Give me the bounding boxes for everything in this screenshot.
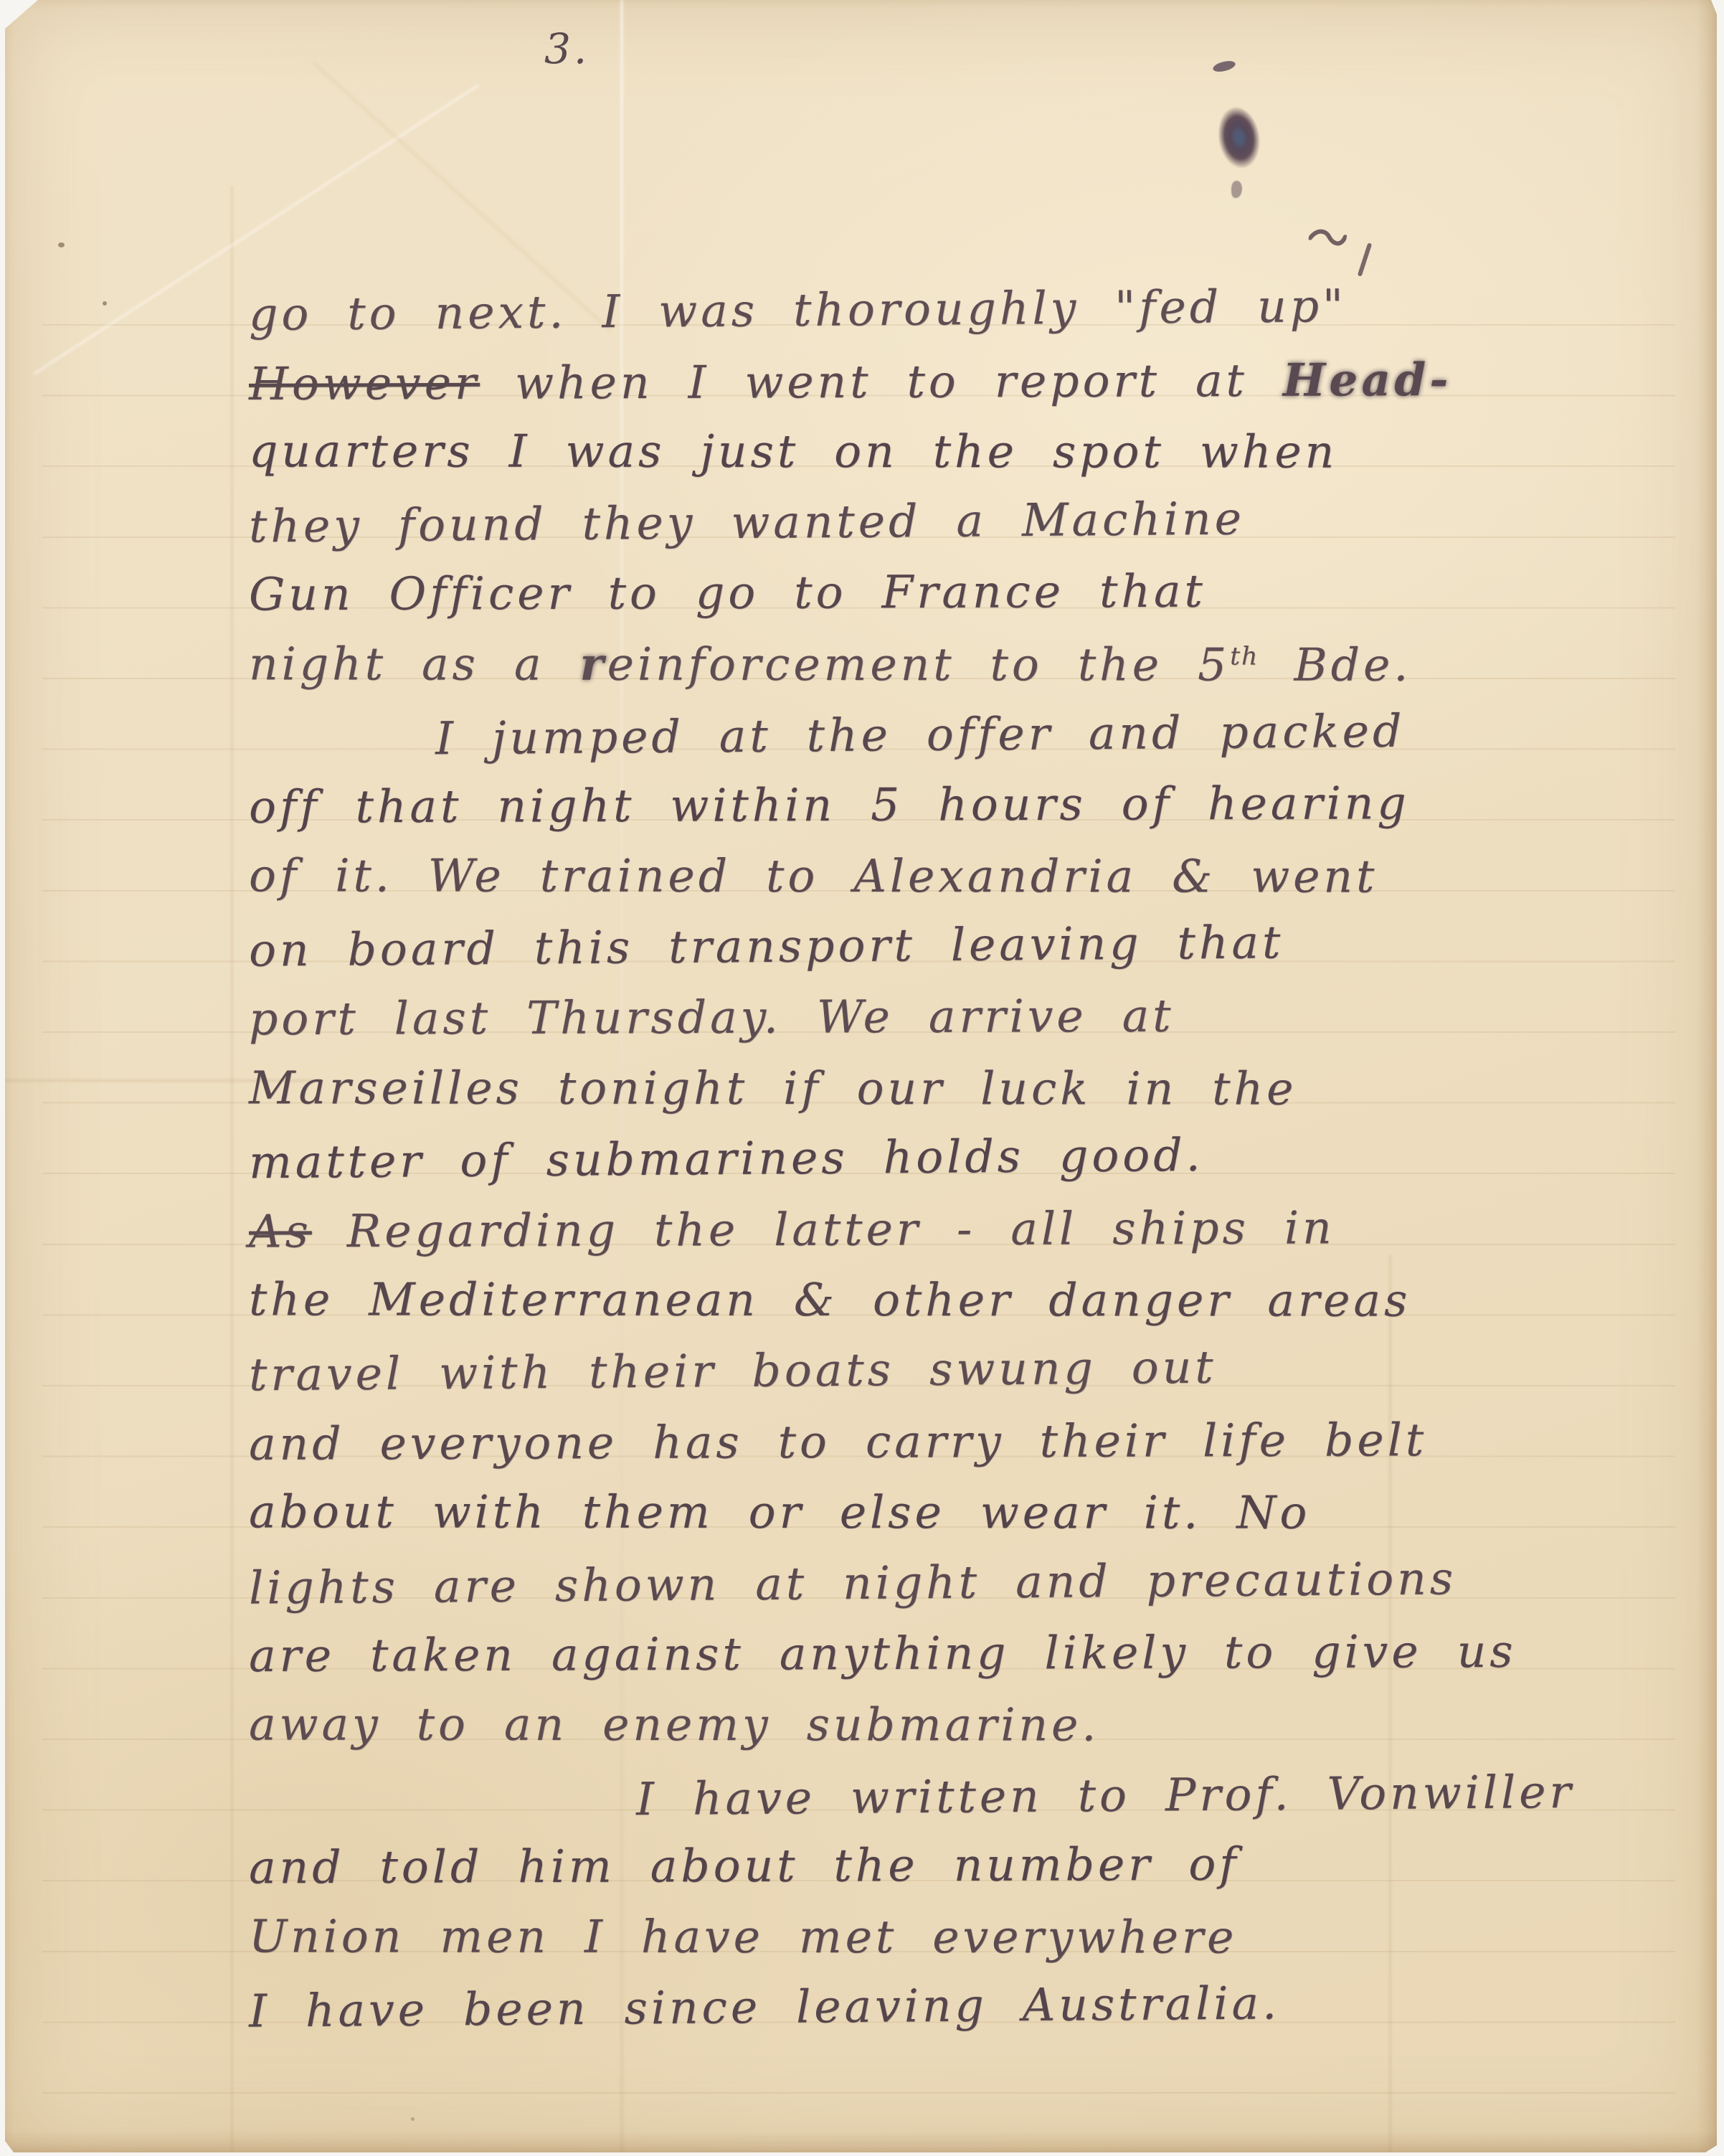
handwritten-line: matter of submarines holds good. <box>249 1129 1204 1188</box>
handwritten-line: quarters I was just on the spot when <box>249 425 1337 478</box>
text-segment: I have written to Prof. Vonwiller <box>636 1765 1575 1825</box>
handwritten-line: travel with their boats swung out <box>249 1341 1217 1401</box>
scanned-letter-page: 3. go to next. I was thoroughly "fed up"… <box>0 0 1724 2156</box>
paper-speck <box>103 301 107 306</box>
handwritten-line: I jumped at the offer and packed <box>435 704 1406 765</box>
text-segment: on board this transport leaving that <box>249 917 1284 977</box>
text-segment: quarters I was just on the spot when <box>249 425 1337 478</box>
handwritten-line: I have written to Prof. Vonwiller <box>636 1765 1575 1825</box>
handwritten-line: Gun Officer to go to France that <box>249 565 1206 621</box>
text-segment: they found they wanted a Machine <box>249 492 1245 552</box>
text-segment: matter of submarines holds good. <box>249 1129 1204 1188</box>
handwritten-line: go to next. I was thoroughly "fed up" <box>249 280 1348 341</box>
text-segment: th <box>1230 642 1259 671</box>
text-segment: the Mediterranean & other danger areas <box>249 1274 1411 1327</box>
text-segment: and told him about the number of <box>249 1838 1240 1894</box>
text-segment: about with them or else wear it. No <box>249 1486 1310 1539</box>
text-segment: port last Thursday. We arrive at <box>249 990 1175 1046</box>
handwritten-line: are taken against anything likely to giv… <box>249 1625 1517 1682</box>
handwritten-line: away to an enemy submarine. <box>249 1698 1099 1751</box>
text-segment: Marseilles tonight if our luck in the <box>249 1062 1297 1115</box>
text-segment: night as a <box>249 638 580 690</box>
handwritten-line: they found they wanted a Machine <box>249 492 1245 552</box>
struck-text: However <box>249 356 480 410</box>
text-segment: Bde. <box>1259 639 1411 691</box>
handwritten-line: of it. We trained to Alexandria & went <box>249 849 1378 902</box>
text-segment: Gun Officer to go to France that <box>249 565 1206 621</box>
struck-text: As <box>249 1205 312 1257</box>
text-segment: I have been since leaving Australia. <box>249 1977 1281 2038</box>
handwritten-line: off that night within 5 hours of hearing <box>249 777 1410 833</box>
text-segment: Regarding the latter - all ships in <box>312 1201 1335 1257</box>
letter-text-layer: go to next. I was thoroughly "fed up"How… <box>5 0 1717 2152</box>
handwritten-line: the Mediterranean & other danger areas <box>249 1274 1411 1327</box>
paper-speck <box>58 242 65 247</box>
text-segment: einforcement to the 5 <box>607 638 1231 691</box>
text-segment: lights are shown at night and precaution… <box>249 1552 1457 1614</box>
handwritten-line: about with them or else wear it. No <box>249 1486 1310 1539</box>
handwritten-line: I have been since leaving Australia. <box>249 1977 1281 2038</box>
handwritten-line: As Regarding the latter - all ships in <box>249 1201 1335 1257</box>
text-segment: I jumped at the offer and packed <box>435 704 1406 765</box>
handwritten-line: lights are shown at night and precaution… <box>249 1552 1457 1614</box>
paper-sheet: 3. go to next. I was thoroughly "fed up"… <box>5 0 1717 2152</box>
text-segment: go to next. I was thoroughly "fed up" <box>249 280 1348 341</box>
handwritten-line: on board this transport leaving that <box>249 917 1284 977</box>
text-segment: r <box>579 638 607 691</box>
text-segment: are taken against anything likely to giv… <box>249 1625 1517 1682</box>
handwritten-line: port last Thursday. We arrive at <box>249 990 1175 1046</box>
text-segment: Union men I have met everywhere <box>249 1910 1237 1963</box>
text-segment: of it. We trained to Alexandria & went <box>249 849 1378 902</box>
handwritten-line: and told him about the number of <box>249 1838 1240 1894</box>
paper-speck <box>411 2117 415 2121</box>
text-segment: and everyone has to carry their life bel… <box>249 1414 1427 1470</box>
handwritten-line: However when I went to report at Head- <box>249 353 1452 410</box>
handwritten-line: night as a reinforcement to the 5th Bde. <box>249 637 1411 691</box>
text-segment: off that night within 5 hours of hearing <box>249 777 1410 833</box>
text-segment: travel with their boats swung out <box>249 1341 1217 1401</box>
handwritten-line: Marseilles tonight if our luck in the <box>249 1062 1297 1115</box>
text-segment: Head- <box>1283 353 1452 407</box>
handwritten-line: Union men I have met everywhere <box>249 1910 1237 1963</box>
text-segment: when I went to report at <box>480 354 1283 409</box>
handwritten-line: and everyone has to carry their life bel… <box>249 1414 1427 1470</box>
text-segment: away to an enemy submarine. <box>249 1698 1099 1751</box>
